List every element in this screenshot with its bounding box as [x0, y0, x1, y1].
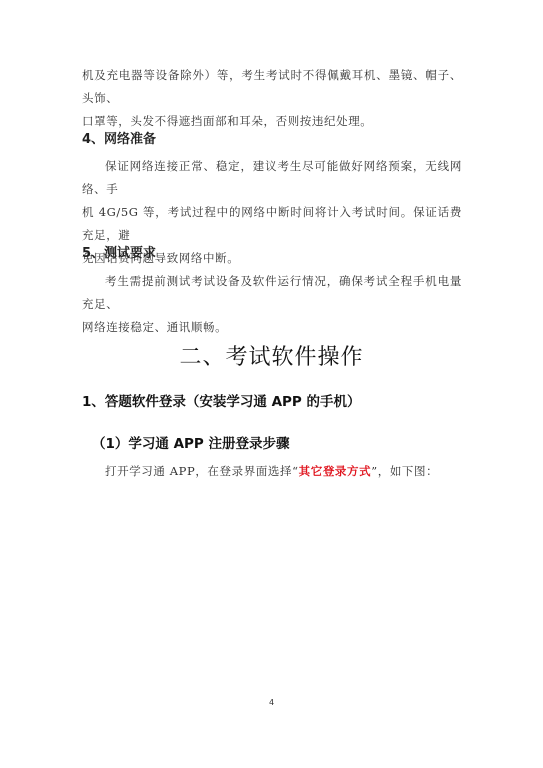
page-number: 4: [0, 698, 543, 707]
text-line: 机及充电器等设备除外）等，考生考试时不得佩戴耳机、墨镜、帽子、头饰、: [82, 64, 462, 110]
text-line: 机 4G/5G 等，考试过程中的网络中断时间将计入考试时间。保证话费充足，避: [82, 201, 462, 247]
document-page: 机及充电器等设备除外）等，考生考试时不得佩戴耳机、墨镜、帽子、头饰、 口罩等，头…: [0, 0, 543, 768]
text-line: 打开学习通 APP，在登录界面选择“其它登录方式”，如下图：: [82, 460, 462, 483]
heading-register-steps: （1）学习通 APP 注册登录步骤: [92, 432, 290, 452]
section-title: 二、考试软件操作: [0, 340, 543, 371]
heading-test-requirements: 5、测试要求: [82, 242, 156, 261]
text-prefix: 打开学习通 APP，在登录界面选择“: [105, 464, 299, 478]
paragraph-exam-rules: 机及充电器等设备除外）等，考生考试时不得佩戴耳机、墨镜、帽子、头饰、 口罩等，头…: [82, 64, 462, 133]
heading-network-preparation: 4、网络准备: [82, 128, 156, 147]
text-suffix: ”，如下图：: [371, 464, 438, 478]
paragraph-open-app: 打开学习通 APP，在登录界面选择“其它登录方式”，如下图：: [82, 460, 462, 483]
heading-app-login: 1、答题软件登录（安装学习通 APP 的手机）: [82, 390, 361, 410]
text-line: 考生需提前测试考试设备及软件运行情况，确保考试全程手机电量充足、: [82, 270, 462, 316]
highlight-other-login: 其它登录方式: [299, 464, 372, 478]
paragraph-test: 考生需提前测试考试设备及软件运行情况，确保考试全程手机电量充足、 网络连接稳定、…: [82, 270, 462, 339]
text-line: 网络连接稳定、通讯顺畅。: [82, 316, 462, 339]
text-line: 保证网络连接正常、稳定，建议考生尽可能做好网络预案，无线网络、手: [82, 155, 462, 201]
